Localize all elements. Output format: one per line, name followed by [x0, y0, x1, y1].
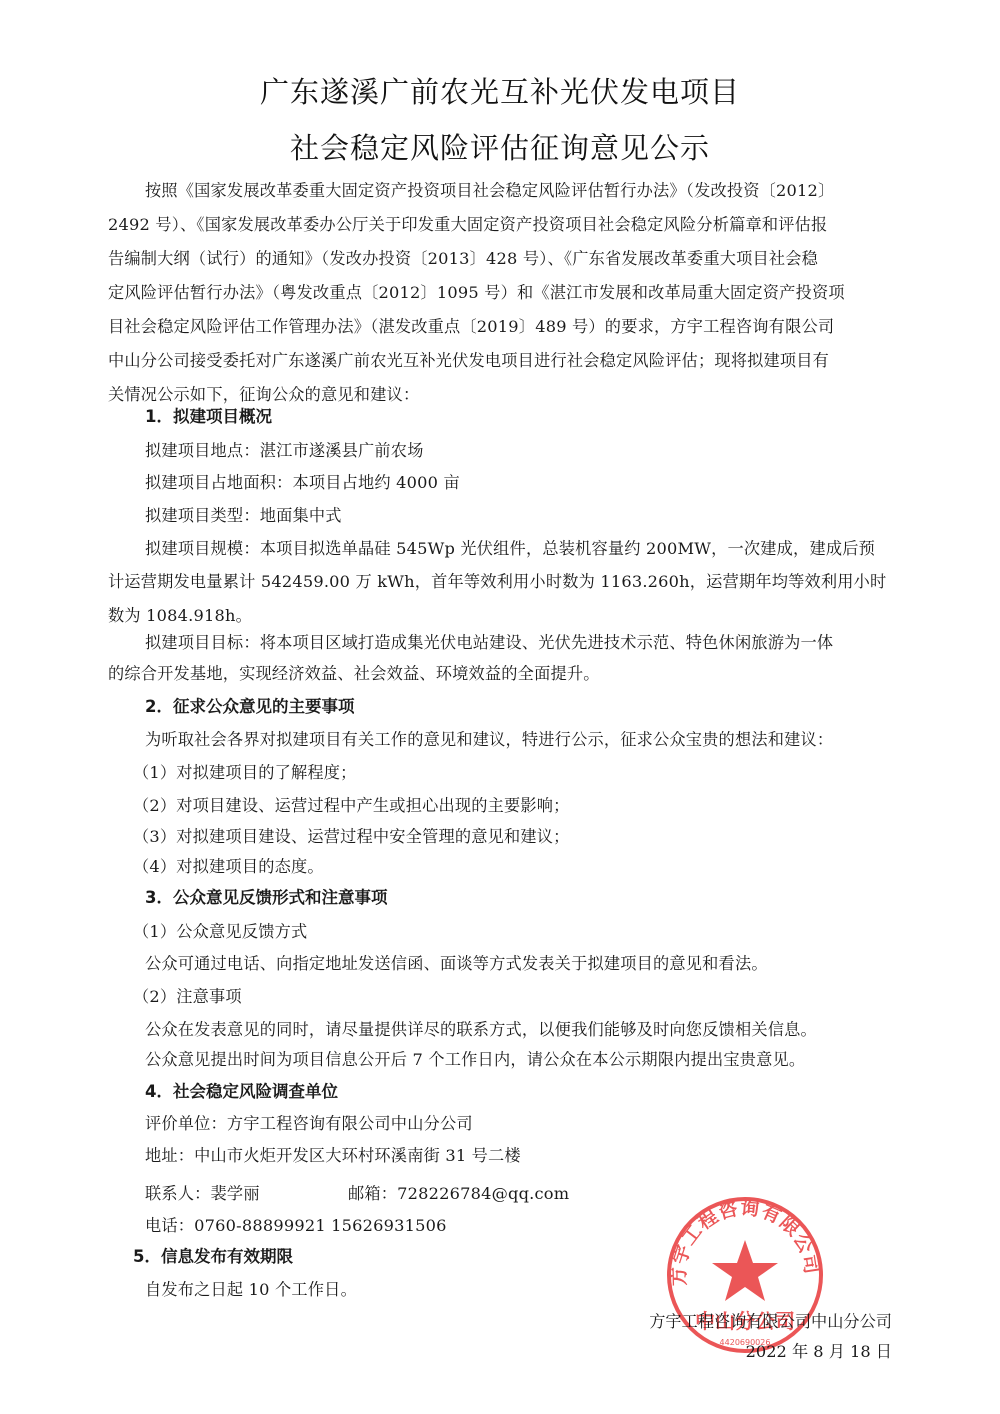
- contact-email: 邮箱：728226784@qq.com: [348, 1180, 569, 1204]
- notes-text: 公众在发表意见的同时，请尽量提供详尽的联系方式，以便我们能够及时向您反馈相关信息…: [145, 1016, 817, 1040]
- opinion-item: （1）对拟建项目的了解程度；: [133, 759, 357, 783]
- contact-person: 联系人：裴学丽: [145, 1180, 260, 1204]
- opinion-item: （2）对项目建设、运营过程中产生或担心出现的主要影响；: [133, 792, 570, 816]
- section-4-heading: 4．社会稳定风险调查单位: [145, 1078, 338, 1102]
- section-2-intro: 为听取社会各界对拟建项目有关工作的意见和建议，特进行公示，征求公众宝贵的想法和建…: [145, 726, 833, 750]
- project-area: 拟建项目占地面积：本项目占地约 4000 亩: [145, 469, 460, 493]
- document-title-line1: 广东遂溪广前农光互补光伏发电项目: [0, 70, 1000, 111]
- intro-line: 中山分公司接受委托对广东遂溪广前农光互补光伏发电项目进行社会稳定风险评估；现将拟…: [108, 347, 829, 371]
- contact-phone: 电话：0760-88899921 15626931506: [145, 1212, 447, 1236]
- star-icon: [712, 1240, 778, 1301]
- notes-subheading: （2）注意事项: [133, 983, 242, 1007]
- project-goal-line: 拟建项目目标：将本项目区域打造成集光伏电站建设、光伏先进技术示范、特色休闲旅游为…: [145, 629, 833, 653]
- document-title-line2: 社会稳定风险评估征询意见公示: [0, 126, 1000, 167]
- intro-line: 告编制大纲（试行）的通知》（发改办投资〔2013〕428 号）、《广东省发展改革…: [108, 245, 818, 269]
- feedback-method-text: 公众可通过电话、向指定地址发送信函、面谈等方式发表关于拟建项目的意见和看法。: [145, 950, 768, 974]
- project-location: 拟建项目地点：湛江市遂溪县广前农场: [145, 437, 424, 461]
- intro-line: 目社会稳定风险评估工作管理办法》（湛发改重点〔2019〕489 号）的要求，方宇…: [108, 313, 834, 337]
- section-1-heading: 1．拟建项目概况: [145, 403, 272, 427]
- project-scale-line: 数为 1084.918h。: [108, 602, 252, 626]
- signature-date: 2022 年 8 月 18 日: [746, 1338, 892, 1362]
- opinion-item: （3）对拟建项目建设、运营过程中安全管理的意见和建议；: [133, 823, 570, 847]
- signature-company: 方宇工程咨询有限公司中山分公司: [649, 1308, 892, 1332]
- project-goal-line: 的综合开发基地，实现经济效益、社会效益、环境效益的全面提升。: [108, 660, 600, 684]
- validity-text: 自发布之日起 10 个工作日。: [145, 1276, 357, 1300]
- unit-address: 地址：中山市火炬开发区大环村环溪南街 31 号二楼: [145, 1142, 521, 1166]
- project-scale-line: 拟建项目规模：本项目拟选单晶硅 545Wp 光伏组件，总装机容量约 200MW，…: [145, 535, 875, 559]
- project-scale-line: 计运营期发电量累计 542459.00 万 kWh，首年等效利用小时数为 116…: [108, 568, 886, 592]
- section-5-heading: 5．信息发布有效期限: [133, 1243, 293, 1267]
- project-type: 拟建项目类型：地面集中式: [145, 502, 342, 526]
- evaluation-unit: 评价单位：方宇工程咨询有限公司中山分公司: [145, 1110, 473, 1134]
- section-3-heading: 3．公众意见反馈形式和注意事项: [145, 884, 387, 908]
- intro-line: 按照《国家发展改革委重大固定资产投资项目社会稳定风险评估暂行办法》（发改投资〔2…: [145, 177, 834, 201]
- notes-text: 公众意见提出时间为项目信息公开后 7 个工作日内，请公众在本公示期限内提出宝贵意…: [145, 1046, 805, 1070]
- opinion-item: （4）对拟建项目的态度。: [133, 853, 324, 877]
- intro-line: 定风险评估暂行办法》（粤发改重点〔2012〕1095 号）和《湛江市发展和改革局…: [108, 279, 845, 303]
- intro-line: 2492 号）、《国家发展改革委办公厅关于印发重大固定资产投资项目社会稳定风险分…: [108, 211, 827, 235]
- intro-line: 关情况公示如下，征询公众的意见和建议：: [108, 381, 419, 405]
- section-2-heading: 2．征求公众意见的主要事项: [145, 693, 354, 717]
- feedback-method-subheading: （1）公众意见反馈方式: [133, 918, 307, 942]
